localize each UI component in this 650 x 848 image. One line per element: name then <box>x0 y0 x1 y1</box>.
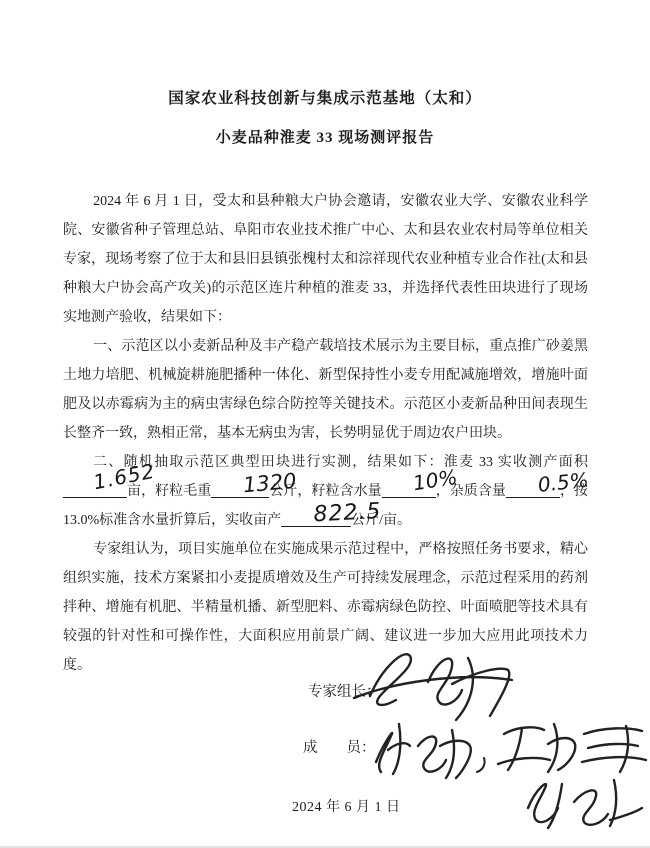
report-body: 2024 年 6 月 1 日，受太和县种粮大户协会邀请，安徽农业大学、安徽农业科… <box>63 187 588 680</box>
p3-text: 二、随机抽取示范区典型田块进行实测，结果如下：淮麦 33 实收测产面积 <box>93 455 588 470</box>
member-signature-3 <box>574 718 650 774</box>
p3-text: 亩，籽粒毛重 <box>127 484 211 499</box>
report-title-line2: 小麦品种淮麦 33 现场测评报告 <box>0 126 650 147</box>
paragraph-section-two: 二、随机抽取示范区典型田块进行实测，结果如下：淮麦 33 实收测产面积1.652… <box>63 448 588 535</box>
paragraph-intro: 2024 年 6 月 1 日，受太和县种粮大户协会邀请，安徽农业大学、安徽农业科… <box>63 187 588 332</box>
report-title-line1: 国家农业科技创新与集成示范基地（太和） <box>0 86 650 108</box>
scanned-report-page: 国家农业科技创新与集成示范基地（太和） 小麦品种淮麦 33 现场测评报告 202… <box>0 0 650 848</box>
document-date: 2024 年 6 月 1 日 <box>292 796 401 816</box>
leader-signature <box>348 640 518 725</box>
blank-impurity: 0.5% <box>506 481 560 498</box>
handwritten-yield-value: 822.5 <box>283 502 382 527</box>
blank-harvest-area: 1.652 <box>63 481 127 498</box>
member-signature-4 <box>514 768 646 832</box>
blank-gross-weight: 1320 <box>211 481 269 498</box>
blank-yield: 822.5 <box>281 510 351 527</box>
handwritten-comma <box>474 756 490 774</box>
member-signature-2 <box>490 714 582 776</box>
blank-moisture: 10% <box>382 481 436 498</box>
paragraph-section-one: 一、示范区以小麦新品种及丰产稳产载培技术展示为主要目标，重点推广砂姜黑土地力培肥… <box>63 332 588 448</box>
member-signature-1 <box>364 716 479 782</box>
